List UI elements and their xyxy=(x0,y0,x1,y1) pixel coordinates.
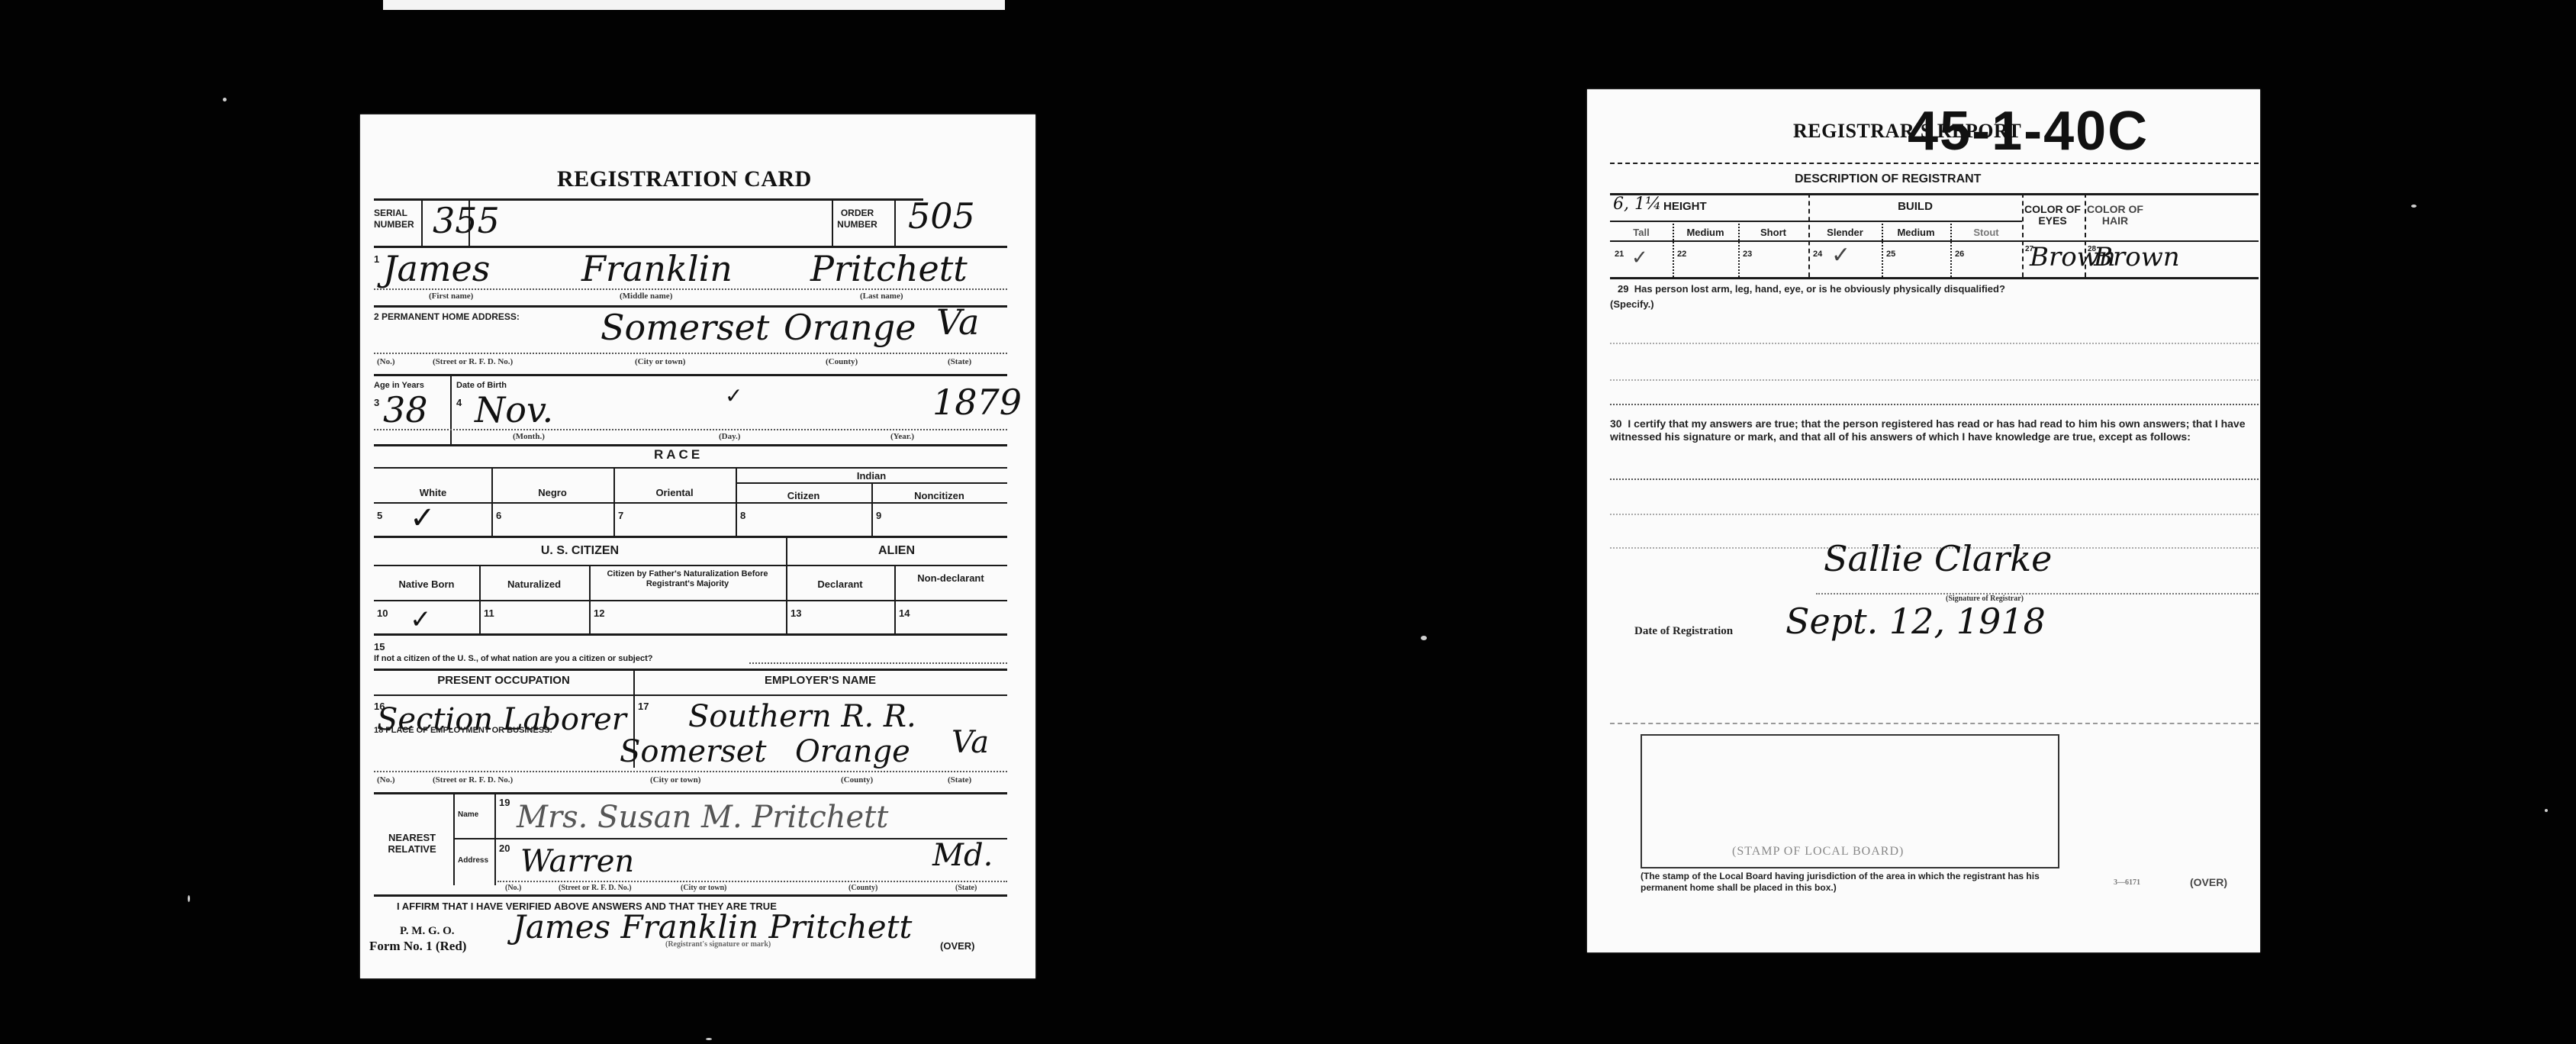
dob-month: Nov. xyxy=(475,389,553,430)
description-heading: DESCRIPTION OF REGISTRANT xyxy=(1795,173,1981,185)
column-medium-build: Medium xyxy=(1882,227,1950,238)
field-number: 14 xyxy=(899,607,910,619)
field-number: 26 xyxy=(1955,250,1964,259)
specify-label: (Specify.) xyxy=(1610,297,1654,312)
nearest-relative-label: NEAREST RELATIVE xyxy=(374,832,450,855)
slender-check: ✓ xyxy=(1831,242,1850,269)
over-label: (OVER) xyxy=(940,940,975,952)
race-column-negro: Negro xyxy=(491,487,613,498)
field-number: 10 xyxy=(377,607,388,619)
q15-text: If not a citizen of the U. S., of what n… xyxy=(374,653,652,665)
relative-address-city: Warren xyxy=(520,844,634,879)
column-tall: Tall xyxy=(1610,227,1673,238)
height-mark: 6, 1¼ xyxy=(1613,195,1661,214)
serial-number-value: 355 xyxy=(433,200,500,241)
first-name: James xyxy=(383,248,490,289)
registrar-signature: Sallie Clarke xyxy=(1824,538,2052,579)
race-white-check: ✓ xyxy=(410,501,436,536)
address-county: Orange xyxy=(784,307,916,348)
field-number: 12 xyxy=(594,607,604,619)
q29-text: 29 Has person lost arm, leg, hand, eye, … xyxy=(1618,282,2005,297)
scan-speck xyxy=(188,895,190,902)
hair-color-value: Brown xyxy=(2094,242,2180,272)
column-slender: Slender xyxy=(1808,227,1882,238)
form-code: 3—6171 xyxy=(2114,878,2140,887)
stamped-record-number: 45-1-40C xyxy=(1908,100,2149,163)
field-number: 6 xyxy=(496,510,501,521)
date-of-registration-label: Date of Registration xyxy=(1634,623,1733,639)
dob-day-check: ✓ xyxy=(725,383,742,408)
age-value: 38 xyxy=(383,389,428,430)
race-column-oriental: Oriental xyxy=(613,487,736,498)
column-native-born: Native Born xyxy=(374,578,479,590)
field-number: 5 xyxy=(377,510,382,521)
caption: (Street or R. F. D. No.) xyxy=(559,884,632,892)
address-state: Va xyxy=(936,301,979,343)
last-name: Pritchett xyxy=(810,248,968,289)
caption: (County) xyxy=(826,357,858,366)
field-number: 4 xyxy=(456,397,462,408)
field-number: 3 xyxy=(374,397,379,408)
tall-check: ✓ xyxy=(1631,246,1648,269)
caption: (County) xyxy=(841,775,873,785)
caption: (City or town) xyxy=(681,884,726,892)
alien-heading: ALIEN xyxy=(786,545,1007,556)
race-column-white: White xyxy=(374,487,492,498)
place-of-employment-label: 18 PLACE OF EMPLOYMENT OR BUSINESS: xyxy=(374,725,552,736)
caption: (State) xyxy=(948,357,971,366)
height-heading: HEIGHT xyxy=(1663,201,1707,212)
date-of-registration-value: Sept. 12, 1918 xyxy=(1785,601,2046,642)
column-non-declarant: Non-declarant xyxy=(894,572,1007,584)
order-number-label: ORDER NUMBER xyxy=(836,208,878,230)
caption: (No.) xyxy=(377,775,395,785)
scan-speck xyxy=(2411,205,2417,208)
adjacent-card-edge xyxy=(383,0,1005,10)
employer-value: Southern R. R. xyxy=(688,699,916,734)
hair-color-heading: COLOR OF HAIR xyxy=(2085,204,2146,227)
pmgo-label: P. M. G. O. xyxy=(400,925,455,938)
scan-speck xyxy=(223,98,227,101)
occupation-heading: PRESENT OCCUPATION xyxy=(374,675,633,686)
native-born-check: ✓ xyxy=(410,604,432,635)
eye-color-heading: COLOR OF EYES xyxy=(2022,204,2083,227)
field-number: 30 xyxy=(1610,417,1622,430)
caption: (County) xyxy=(848,884,877,892)
caption: (Day.) xyxy=(719,432,740,441)
caption: (No.) xyxy=(377,357,395,366)
caption: (Last name) xyxy=(860,292,903,301)
serial-number-label: SERIAL NUMBER xyxy=(374,208,416,230)
field-number: 8 xyxy=(740,510,745,521)
caption: (No.) xyxy=(505,884,521,892)
q30-block: 30 I certify that my answers are true; t… xyxy=(1610,417,2259,443)
column-medium-height: Medium xyxy=(1673,227,1738,238)
us-citizen-heading: U. S. CITIZEN xyxy=(374,545,786,556)
field-number: 22 xyxy=(1677,250,1686,259)
column-naturalized: Naturalized xyxy=(479,578,589,590)
caption: (Month.) xyxy=(513,432,545,441)
field-number: 11 xyxy=(484,607,494,619)
build-heading: BUILD xyxy=(1808,201,2022,212)
column-declarant: Declarant xyxy=(786,578,894,590)
registration-card-back: REGISTRAR'S REPORT 45-1-40C DESCRIPTION … xyxy=(1587,89,2260,952)
race-column-indian-citizen: Citizen xyxy=(736,490,871,501)
race-heading: RACE xyxy=(654,449,703,460)
caption: (Year.) xyxy=(890,432,914,441)
caption: (Street or R. F. D. No.) xyxy=(433,775,513,785)
home-address-label: 2 PERMANENT HOME ADDRESS: xyxy=(374,311,520,323)
employer-heading: EMPLOYER'S NAME xyxy=(633,675,1007,686)
caption: (State) xyxy=(948,775,971,785)
relative-address-label: Address xyxy=(458,855,488,866)
over-label: (OVER) xyxy=(2190,877,2227,888)
field-number: 20 xyxy=(499,843,510,854)
stamp-label: (STAMP OF LOCAL BOARD) xyxy=(1732,845,1904,859)
scan-speck xyxy=(2545,809,2548,812)
caption: (City or town) xyxy=(635,357,685,366)
scan-speck xyxy=(1421,636,1427,640)
caption: (Street or R. F. D. No.) xyxy=(433,357,513,366)
registration-card-front: REGISTRATION CARD SERIAL NUMBER 355 ORDE… xyxy=(360,114,1035,978)
scan-speck xyxy=(706,1038,712,1040)
race-indian-label: Indian xyxy=(736,470,1007,482)
column-short: Short xyxy=(1738,227,1808,238)
caption: (First name) xyxy=(429,292,473,301)
place-city: Somerset xyxy=(620,734,766,769)
card-title: REGISTRATION CARD xyxy=(557,166,812,192)
race-column-indian-noncitizen: Noncitizen xyxy=(871,490,1007,501)
stamp-note: (The stamp of the Local Board having jur… xyxy=(1641,871,2068,894)
field-number: 1 xyxy=(374,253,379,265)
field-number: 23 xyxy=(1743,250,1752,259)
q29-question: Has person lost arm, leg, hand, eye, or … xyxy=(1634,283,2005,295)
form-number-label: Form No. 1 (Red) xyxy=(369,939,466,954)
caption: (State) xyxy=(955,884,977,892)
field-number: 13 xyxy=(791,607,801,619)
certification-text: I certify that my answers are true; that… xyxy=(1610,417,2245,443)
field-number: 17 xyxy=(638,701,649,712)
caption: (Registrant's signature or mark) xyxy=(665,940,771,949)
column-stout: Stout xyxy=(1950,227,2022,238)
relative-address-state: Md. xyxy=(932,838,993,873)
field-number: 9 xyxy=(876,510,881,521)
field-number: 25 xyxy=(1886,250,1895,259)
column-citizen-by-father: Citizen by Father's Naturalization Befor… xyxy=(589,569,786,589)
order-number-value: 505 xyxy=(908,195,975,237)
relative-name-label: Name xyxy=(458,809,478,820)
field-number: 24 xyxy=(1813,250,1822,259)
field-number: 15 xyxy=(374,641,385,652)
place-county: Orange xyxy=(795,734,910,769)
caption: (City or town) xyxy=(650,775,700,785)
field-number: 21 xyxy=(1615,250,1624,259)
address-city: Somerset xyxy=(601,307,769,348)
field-number: 29 xyxy=(1618,283,1628,295)
field-number: 19 xyxy=(499,797,510,808)
middle-name: Franklin xyxy=(581,248,733,289)
relative-name-value: Mrs. Susan M. Pritchett xyxy=(517,800,888,835)
dob-year: 1879 xyxy=(932,382,1022,423)
caption: (Middle name) xyxy=(620,292,672,301)
place-state: Va xyxy=(952,725,989,760)
field-number: 7 xyxy=(618,510,623,521)
